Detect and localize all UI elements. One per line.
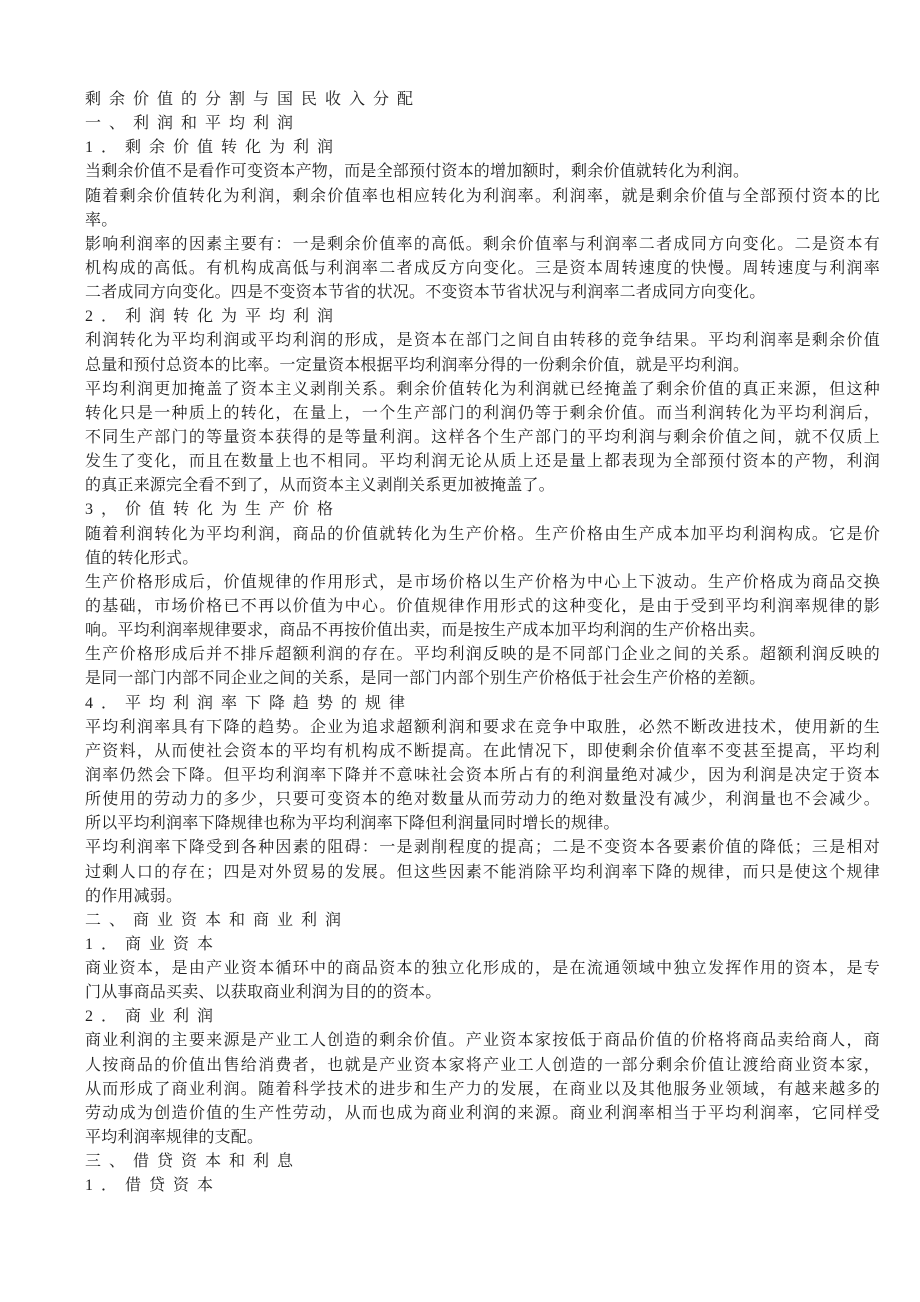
paragraph-line: 利润转化为平均利润或平均利润的形成，是资本在部门之间自由转移的竞争结果。平均利润… [85, 329, 880, 353]
paragraph-line: 影响利润率的因素主要有：一是剩余价值率的高低。剩余价值率与利润率二者成同方向变化… [85, 233, 880, 257]
paragraph-line: 润率仍然会下降。但平均利润率下降并不意味社会资本所占有的利润量绝对减少，因为利润… [85, 764, 880, 788]
paragraph-line: 过剩人口的存在；四是对外贸易的发展。但这些因素不能消除平均利润率下降的规律，而只… [85, 861, 880, 885]
paragraph-line: 生产价格形成后并不排斥超额利润的存在。平均利润反映的是不同部门企业之间的关系。超… [85, 643, 880, 667]
paragraph-line: 的作用减弱。 [85, 885, 880, 909]
section-heading: 1．借贷资本 [85, 1174, 880, 1198]
paragraph-line: 响。平均利润率规律要求，商品不再按价值出卖，而是按生产成本加平均利润的生产价格出… [85, 619, 880, 643]
section-heading: 4．平均利润率下降趋势的规律 [85, 692, 880, 716]
paragraph-line: 劳动成为创造价值的生产性劳动，从而也成为商业利润的来源。商业利润率相当于平均利润… [85, 1102, 880, 1126]
paragraph-line: 商业资本，是由产业资本循环中的商品资本的独立化形成的，是在流通领域中独立发挥作用… [85, 957, 880, 981]
paragraph-line: 当剩余价值不是看作可变资本产物，而是全部预付资本的增加额时，剩余价值就转化为利润… [85, 160, 880, 184]
paragraph-line: 商业利润的主要来源是产业工人创造的剩余价值。产业资本家按低于商品价值的价格将商品… [85, 1029, 880, 1053]
document-page: 剩余价值的分割与国民收入分配一、利润和平均利润1．剩余价值转化为利润当剩余价值不… [0, 0, 920, 1302]
paragraph-line: 人按商品的价值出售给消费者，也就是产业资本家将产业工人创造的一部分剩余价值让渡给… [85, 1054, 880, 1078]
section-heading: 2．利润转化为平均利润 [85, 305, 880, 329]
paragraph-line: 发生了变化，而且在数量上也不相同。平均利润无论从质上还是量上都表现为全部预付资本… [85, 450, 880, 474]
paragraph-line: 生产价格形成后，价值规律的作用形式，是市场价格以生产价格为中心上下波动。生产价格… [85, 571, 880, 595]
paragraph-line: 总量和预付总资本的比率。一定量资本根据平均利润率分得的一份剩余价值，就是平均利润… [85, 354, 880, 378]
paragraph-line: 不同生产部门的等量资本获得的是等量利润。这样各个生产部门的平均利润与剩余价值之间… [85, 426, 880, 450]
paragraph-line: 随着利润转化为平均利润，商品的价值就转化为生产价格。生产价格由生产成本加平均利润… [85, 523, 880, 547]
document-title: 剩余价值的分割与国民收入分配 [85, 88, 880, 112]
section-heading: 一、利润和平均利润 [85, 112, 880, 136]
paragraph-line: 所使用的劳动力的多少，只要可变资本的绝对数量从而劳动力的绝对数量没有减少，利润量… [85, 788, 880, 812]
section-heading: 1．剩余价值转化为利润 [85, 136, 880, 160]
paragraph-line: 的真正来源完全看不到了，从而资本主义剥削关系更加被掩盖了。 [85, 474, 880, 498]
paragraph-line: 机构成的高低。有机构成高低与利润率二者成反方向变化。三是资本周转速度的快慢。周转… [85, 257, 880, 281]
section-heading: 三、借贷资本和利息 [85, 1150, 880, 1174]
paragraph-line: 二者成同方向变化。四是不变资本节省的状况。不变资本节省状况与利润率二者成同方向变… [85, 281, 880, 305]
paragraph-line: 是同一部门内部不同企业之间的关系，是同一部门内部个别生产价格低于社会生产价格的差… [85, 667, 880, 691]
paragraph-line: 平均利润更加掩盖了资本主义剥削关系。剩余价值转化为利润就已经掩盖了剩余价值的真正… [85, 378, 880, 402]
paragraph-line: 转化只是一种质上的转化，在量上，一个生产部门的利润仍等于剩余价值。而当利润转化为… [85, 402, 880, 426]
paragraph-line: 的基础，市场价格已不再以价值为中心。价值规律作用形式的这种变化，是由于受到平均利… [85, 595, 880, 619]
paragraph-line: 门从事商品买卖、以获取商业利润为目的的资本。 [85, 981, 880, 1005]
section-heading: 1．商业资本 [85, 933, 880, 957]
section-heading: 3，价值转化为生产价格 [85, 498, 880, 522]
paragraph-line: 从而形成了商业利润。随着科学技术的进步和生产力的发展，在商业以及其他服务业领域，… [85, 1078, 880, 1102]
paragraph-line: 随着剩余价值转化为利润，剩余价值率也相应转化为利润率。利润率，就是剩余价值与全部… [85, 185, 880, 209]
paragraph-line: 率。 [85, 209, 880, 233]
paragraph-line: 产资料，从而使社会资本的平均有机构成不断提高。在此情况下，即使剩余价值率不变甚至… [85, 740, 880, 764]
paragraph-line: 平均利润率规律的支配。 [85, 1126, 880, 1150]
paragraph-line: 平均利润率下降受到各种因素的阻碍：一是剥削程度的提高；二是不变资本各要素价值的降… [85, 836, 880, 860]
section-heading: 二、商业资本和商业利润 [85, 909, 880, 933]
paragraph-line: 所以平均利润率下降规律也称为平均利润率下降但利润量同时增长的规律。 [85, 812, 880, 836]
section-heading: 2．商业利润 [85, 1005, 880, 1029]
paragraph-line: 平均利润率具有下降的趋势。企业为追求超额利润和要求在竞争中取胜，必然不断改进技术… [85, 716, 880, 740]
paragraph-line: 值的转化形式。 [85, 547, 880, 571]
document-text-block: 剩余价值的分割与国民收入分配一、利润和平均利润1．剩余价值转化为利润当剩余价值不… [85, 88, 880, 1198]
